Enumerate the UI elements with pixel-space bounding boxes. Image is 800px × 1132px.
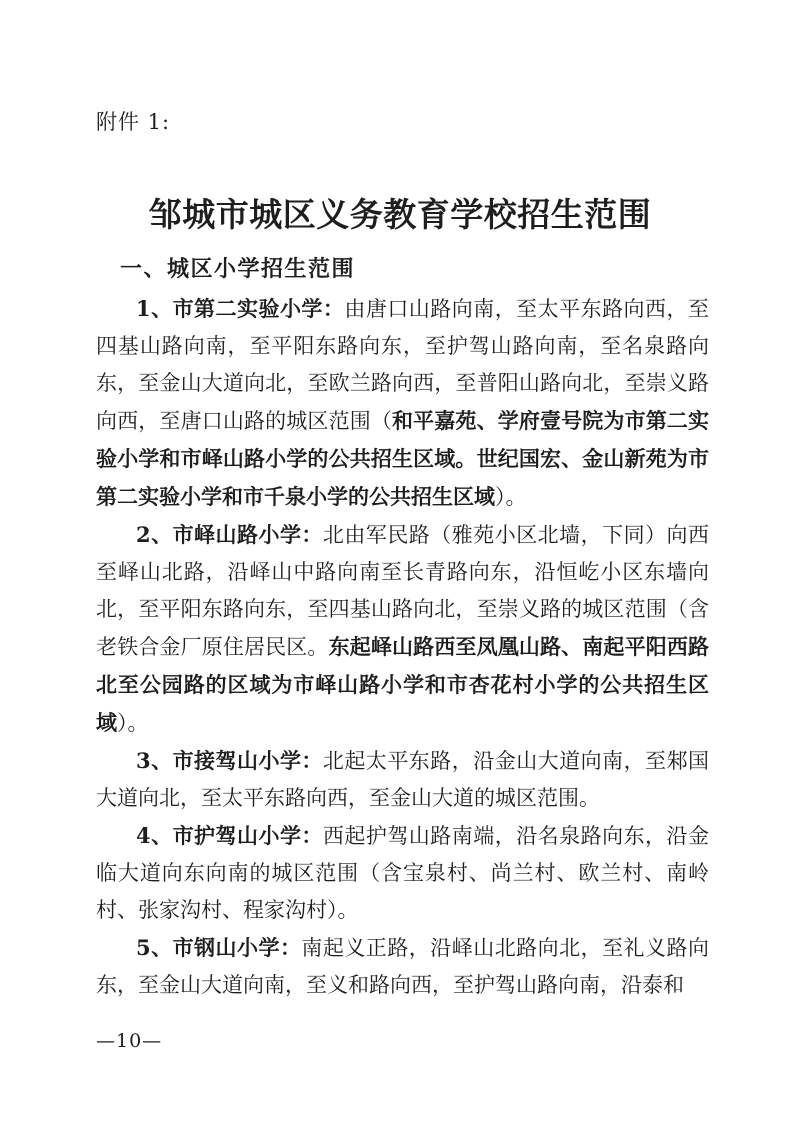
- school-5-name: 5、市钢山小学：: [136, 935, 301, 960]
- paragraph-school-5: 5、市钢山小学：南起义正路，沿峄山北路向北，至礼义路向东，至金山大道向南，至义和…: [96, 929, 709, 1004]
- school-2-tail: ）。: [117, 711, 149, 735]
- attachment-label: 附件 1:: [96, 106, 170, 136]
- school-1-name: 1、市第二实验小学：: [136, 296, 344, 321]
- section-heading-primary-schools: 一、城区小学招生范围: [120, 252, 355, 283]
- school-1-tail: ）。: [495, 485, 527, 509]
- paragraph-school-1: 1、市第二实验小学：由唐口山路向南，至太平东路向西，至四基山路向南，至平阳东路向…: [96, 290, 709, 516]
- school-2-name: 2、市峄山路小学：: [136, 522, 323, 547]
- paragraph-school-3: 3、市接驾山小学：北起太平东路，沿金山大道向南，至邾国大道向北，至太平东路向西，…: [96, 742, 709, 817]
- document-page: 附件 1: 邹城市城区义务教育学校招生范围 一、城区小学招生范围 1、市第二实验…: [0, 0, 800, 1132]
- school-3-name: 3、市接驾山小学：: [136, 748, 323, 773]
- document-title: 邹城市城区义务教育学校招生范围: [0, 189, 800, 236]
- paragraph-school-2: 2、市峄山路小学：北由军民路（雅苑小区北墙，下同）向西至峄山北路，沿峄山中路向南…: [96, 516, 709, 742]
- school-4-name: 4、市护驾山小学：: [136, 823, 323, 848]
- page-number: —10—: [96, 1030, 162, 1052]
- document-body: 1、市第二实验小学：由唐口山路向南，至太平东路向西，至四基山路向南，至平阳东路向…: [96, 290, 709, 1004]
- paragraph-school-4: 4、市护驾山小学：西起护驾山路南端，沿名泉路向东，沿金临大道向东向南的城区范围（…: [96, 817, 709, 929]
